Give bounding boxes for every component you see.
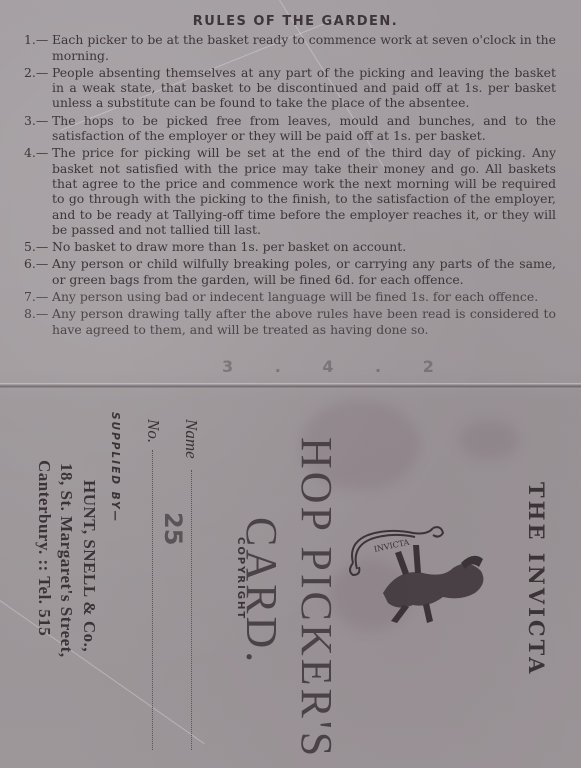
rule-number: 5.— [24, 239, 48, 254]
rule-item: 1.— Each picker to be at the basket read… [0, 32, 581, 63]
hop-pickers-card-scan: RULES OF THE GARDEN. 1.— Each picker to … [0, 0, 581, 768]
rules-title: RULES OF THE GARDEN. [0, 14, 581, 29]
name-label: Name [181, 419, 201, 459]
rule-text: People absenting themselves at any part … [52, 65, 556, 111]
stamp-number: 3 . 4 . 2 [222, 357, 452, 376]
rule-number: 7.— [24, 289, 48, 304]
rule-number: 6.— [24, 256, 48, 271]
rules-section: RULES OF THE GARDEN. 1.— Each picker to … [0, 14, 581, 339]
rule-text: The hops to be picked free from leaves, … [52, 113, 556, 143]
rule-item: 2.— People absenting themselves at any p… [0, 65, 581, 111]
rule-item: 6.— Any person or child wilfully breakin… [0, 256, 581, 287]
rule-text: Each picker to be at the basket ready to… [52, 32, 556, 62]
svg-text:INVICTA: INVICTA [373, 538, 410, 554]
card-title-line1: HOP PICKER'S [291, 437, 342, 759]
rule-text: Any person using bad or indecent languag… [52, 289, 538, 304]
supplied-by-label: SUPPLIED BY— [109, 412, 121, 523]
rule-item: 3.— The hops to be picked free from leav… [0, 113, 581, 144]
copyright-label: COPYRIGHT [235, 537, 246, 620]
rule-number: 3.— [24, 113, 48, 128]
invicta-horse-crest-icon: INVICTA [343, 523, 493, 628]
rule-number: 8.— [24, 306, 48, 321]
number-label: No. [143, 419, 163, 443]
rule-item: 4.— The price for picking will be set at… [0, 145, 581, 237]
rule-text: Any person or child wilfully breaking po… [52, 256, 556, 286]
supplier-name: HUNT, SNELL & Co., [79, 480, 99, 652]
number-field-line [152, 450, 153, 750]
rule-text: The price for picking will be set at the… [52, 145, 556, 236]
rule-item: 8.— Any person drawing tally after the a… [0, 306, 581, 337]
rule-number: 4.— [24, 145, 48, 160]
rule-item: 7.— Any person using bad or indecent lan… [0, 289, 581, 304]
supplier-city-tel: Canterbury. :: Tel. 515 [34, 460, 54, 636]
rule-number: 2.— [24, 65, 48, 80]
rule-text: No basket to draw more than 1s. per bask… [52, 239, 406, 254]
fold-line [0, 383, 581, 389]
crease [0, 600, 205, 744]
stain [460, 420, 520, 460]
rule-text: Any person drawing tally after the above… [52, 306, 556, 336]
supplier-street: 18, St. Margaret's Street, [56, 463, 76, 658]
card-heading: THE INVICTA [524, 482, 549, 676]
name-field[interactable] [191, 470, 192, 750]
rule-number: 1.— [24, 32, 48, 47]
rule-item: 5.— No basket to draw more than 1s. per … [0, 239, 581, 254]
number-value: 25 [159, 512, 187, 545]
